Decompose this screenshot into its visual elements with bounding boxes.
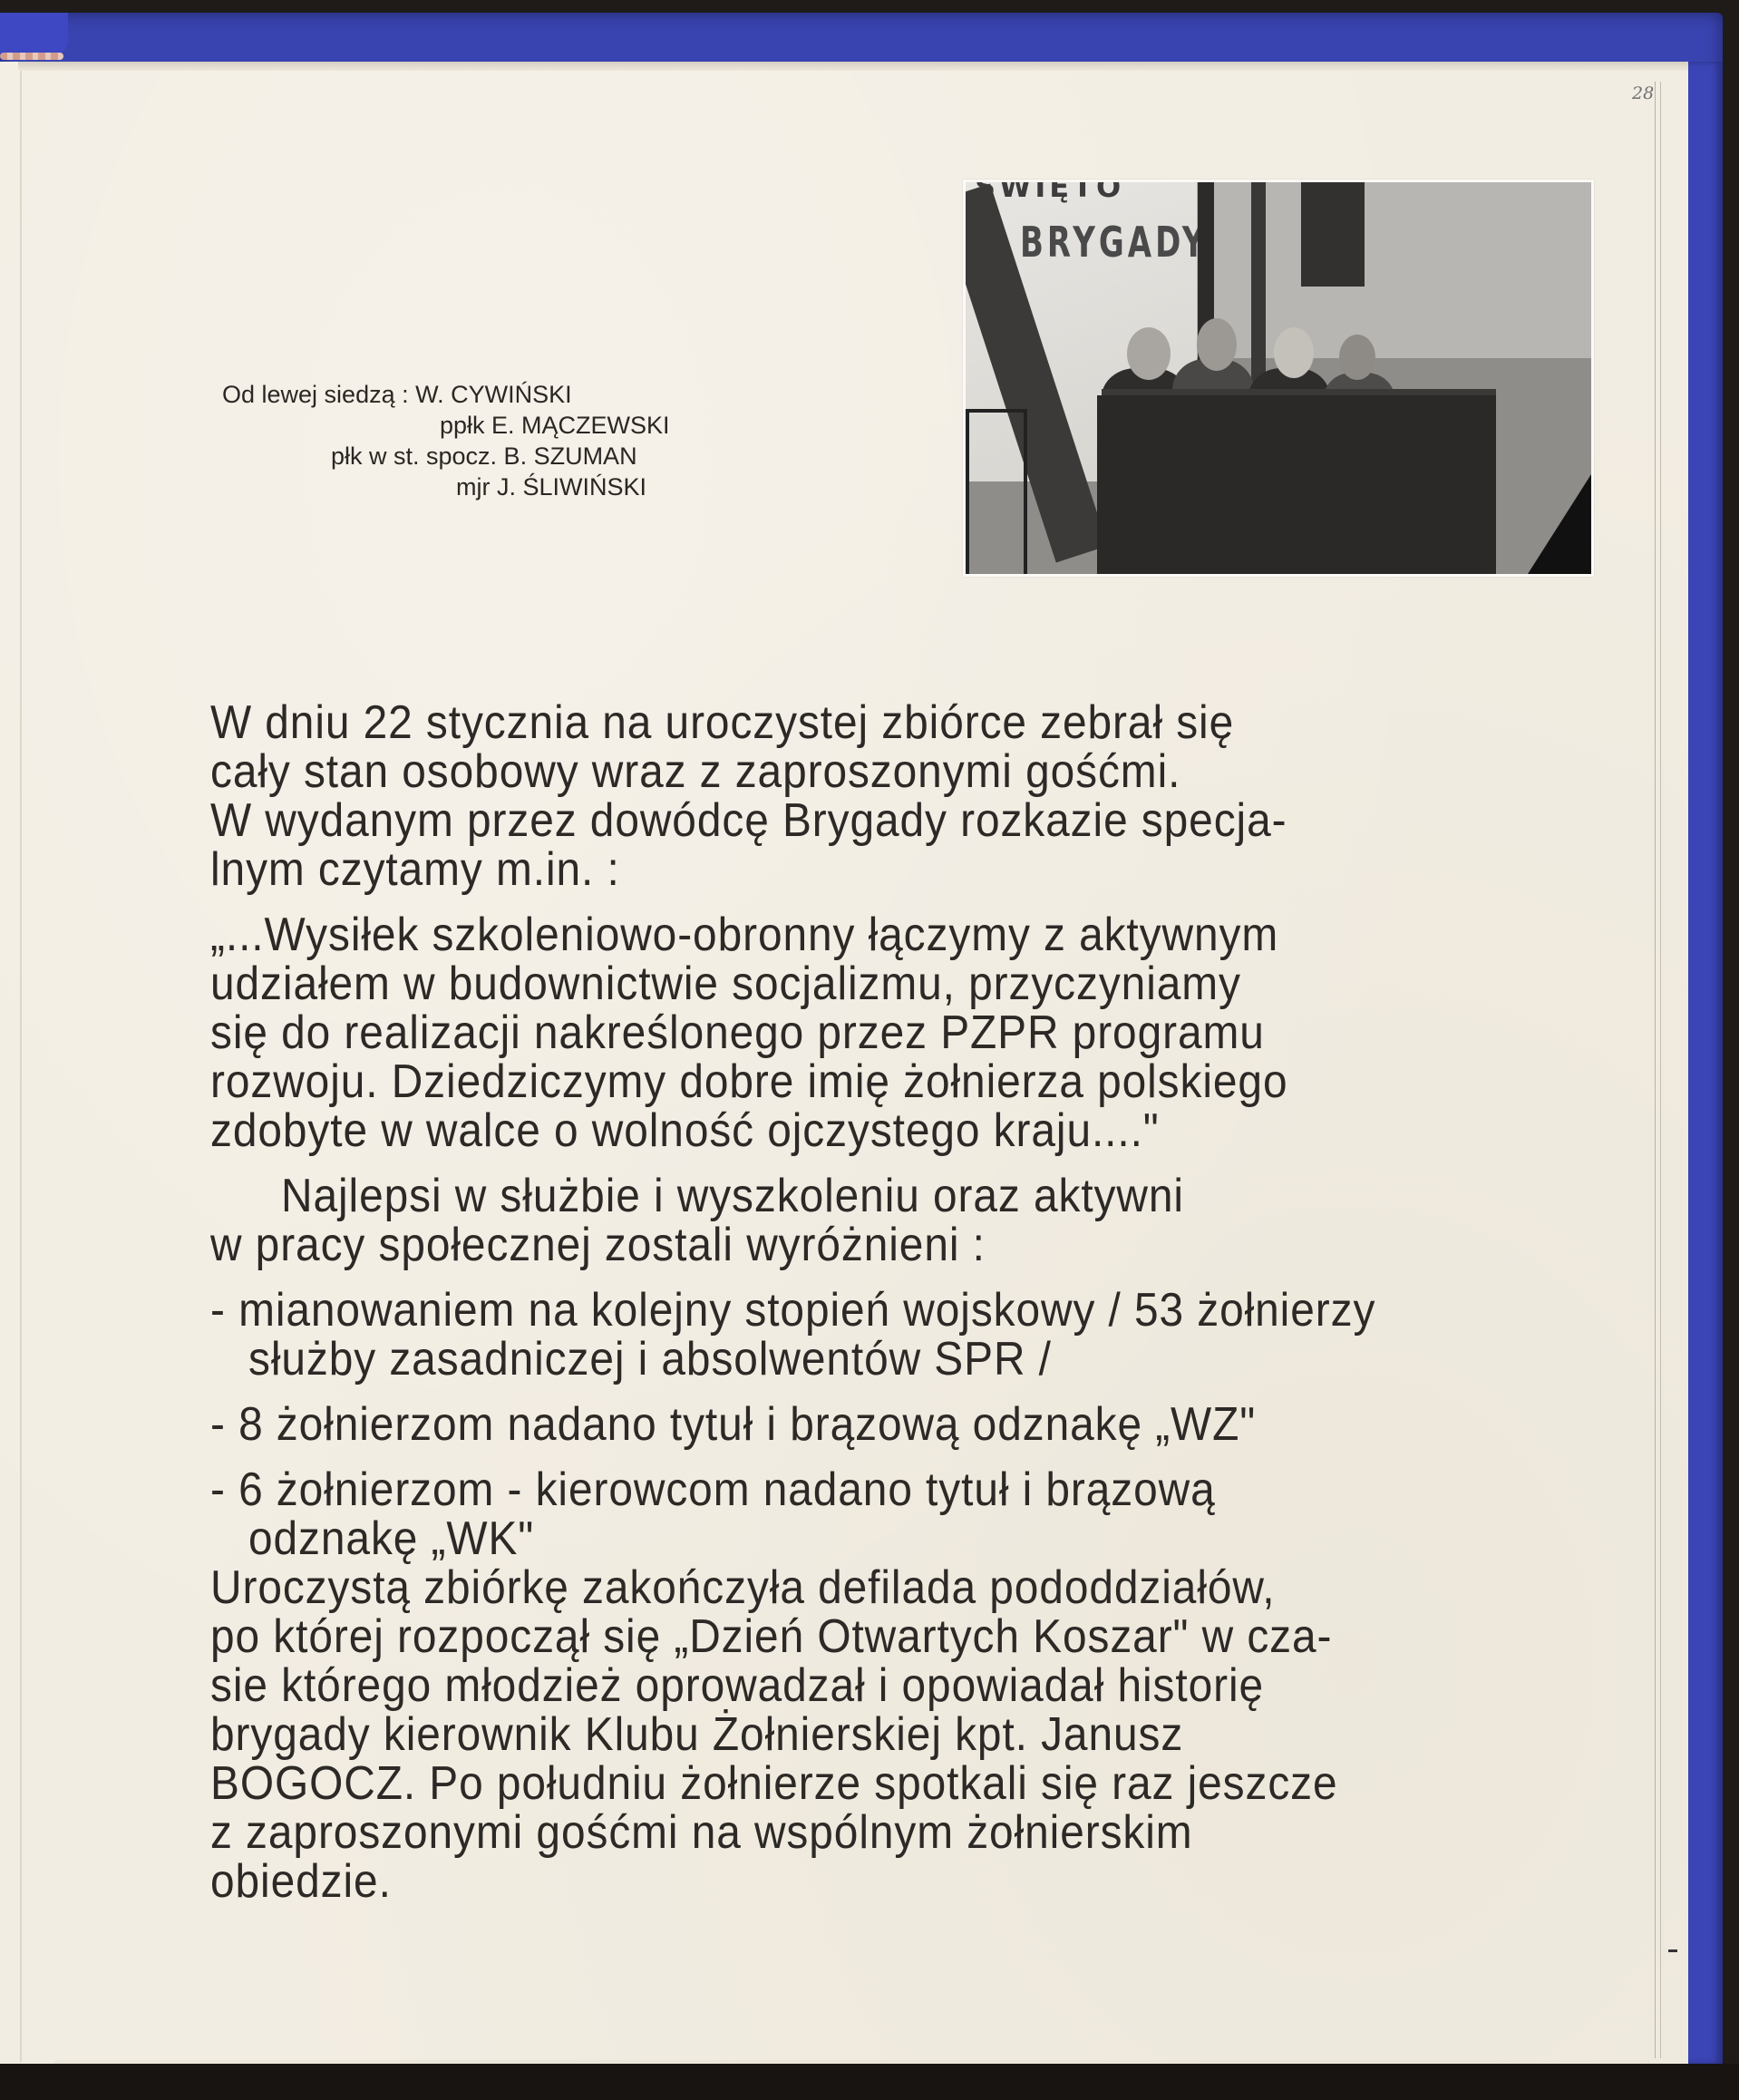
banner-text-top: ŚWIĘTO — [975, 180, 1124, 204]
page-margin-line — [1655, 82, 1656, 2058]
text-line: Uroczystą zbiórkę zakończyła defilada po… — [210, 1563, 1529, 1612]
background-surface — [0, 2064, 1739, 2100]
text-line: się do realizacji nakreślonego przez PZP… — [210, 1008, 1529, 1057]
award-item: - 8 żołnierzom nadano tytuł i brązową od… — [210, 1400, 1643, 1449]
text-line: W dniu 22 stycznia na uroczystej zbiórce… — [210, 698, 1529, 747]
text-line: po której rozpoczął się „Dzień Otwartych… — [210, 1612, 1529, 1661]
text-line: cały stan osobowy wraz z zaproszonymi go… — [210, 747, 1529, 796]
text-line: odznakę „WK" — [248, 1514, 1531, 1563]
cover-right-edge — [1688, 62, 1723, 2064]
order-quote: „...Wysiłek szkoleniowo-obronny łączymy … — [210, 910, 1643, 1155]
caption-line: płk w st. spocz. B. SZUMAN — [331, 441, 670, 472]
page-number: 28 — [1632, 83, 1654, 103]
text-line: rozwoju. Dziedziczymy dobre imię żołnier… — [210, 1057, 1529, 1106]
binding-corner — [0, 13, 68, 56]
text-line: Najlepsi w służbie i wyszkoleniu oraz ak… — [281, 1172, 1534, 1220]
closing-paragraph: Uroczystą zbiórkę zakończyła defilada po… — [210, 1563, 1643, 1906]
binding-thread — [0, 53, 63, 60]
text-line: sie którego młodzież oprowadzał i opowia… — [210, 1661, 1529, 1710]
text-line: - 8 żołnierzom nadano tytuł i brązową od… — [210, 1400, 1529, 1449]
text-line: udziałem w budownictwie socjalizmu, przy… — [210, 959, 1529, 1008]
text-line: służby zasadniczej i absolwentów SPR / — [248, 1335, 1531, 1384]
covered-table — [1097, 395, 1496, 577]
page-fold-line — [20, 71, 22, 2062]
text-line: z zaproszonymi gośćmi na wspólnym żołnie… — [210, 1808, 1529, 1857]
award-item: - mianowaniem na kolejny stopień wojskow… — [210, 1286, 1643, 1384]
page-top-edge — [18, 62, 1688, 71]
text-line: - 6 żołnierzom - kierowcom nadano tytuł … — [210, 1465, 1529, 1514]
event-photograph: ŚWIĘTO BRYGADY — [963, 180, 1594, 577]
intro-paragraph: W dniu 22 stycznia na uroczystej zbiórce… — [210, 698, 1643, 894]
awards-intro: Najlepsi w służbie i wyszkoleniu oraz ak… — [210, 1172, 1643, 1269]
caption-line: ppłk E. MĄCZEWSKI — [440, 410, 670, 441]
text-line: obiedzie. — [210, 1857, 1529, 1906]
loudspeaker — [1301, 182, 1365, 287]
caption-line: mjr J. ŚLIWIŃSKI — [456, 472, 670, 502]
award-item: - 6 żołnierzom - kierowcom nadano tytuł … — [210, 1465, 1643, 1563]
margin-mark — [1668, 1949, 1677, 1952]
text-line: „...Wysiłek szkoleniowo-obronny łączymy … — [210, 910, 1529, 959]
photo-caption: Od lewej siedzą : W. CYWIŃSKI ppłk E. MĄ… — [222, 379, 670, 502]
text-line: - mianowaniem na kolejny stopień wojskow… — [210, 1286, 1529, 1335]
banner-text: BRYGADY — [1020, 219, 1208, 267]
handwritten-text: W dniu 22 stycznia na uroczystej zbiórce… — [210, 698, 1643, 1906]
text-line: lnym czytamy m.in. : — [210, 845, 1529, 894]
text-line: w pracy społecznej zostali wyróżnieni : — [210, 1220, 1529, 1269]
text-line: W wydanym przez dowódcę Brygady rozkazie… — [210, 796, 1529, 845]
text-line: brygady kierownik Klubu Żołnierskiej kpt… — [210, 1710, 1529, 1759]
text-line: BOGOCZ. Po południu żołnierze spotkali s… — [210, 1759, 1529, 1808]
chair — [966, 409, 1027, 576]
text-line: zdobyte w walce o wolność ojczystego kra… — [210, 1106, 1529, 1155]
page-margin-line — [1660, 82, 1661, 2058]
caption-line: Od lewej siedzą : W. CYWIŃSKI — [222, 379, 670, 410]
